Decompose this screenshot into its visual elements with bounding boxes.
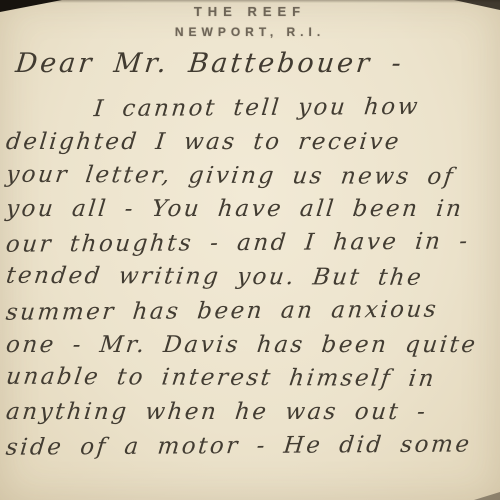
letterhead-location: NEWPORT, R.I.: [0, 25, 500, 39]
handwriting-line: our thoughts - and I have in -: [4, 225, 500, 262]
handwriting-line: side of a motor - He did some: [4, 428, 500, 465]
letterhead-name: THE REEF: [0, 4, 500, 19]
letterhead: THE REEF NEWPORT, R.I.: [0, 4, 500, 39]
handwriting-line: you all - You have all been in: [4, 193, 500, 227]
handwriting-line: your letter, giving us news of: [4, 158, 500, 194]
scan-artifact-bottom-right: [474, 492, 500, 500]
handwriting-line: unable to interest himself in: [4, 361, 500, 397]
salutation: Dear Mr. Battebouer -: [6, 48, 500, 79]
handwriting-line: tended writing you. But the: [4, 260, 500, 296]
handwriting-line: delighted I was to receive: [4, 126, 500, 160]
handwriting-line: one - Mr. Davis has been quite: [4, 329, 500, 363]
letter-page: THE REEF NEWPORT, R.I. Dear Mr. Battebou…: [0, 0, 500, 500]
handwriting-line: summer has been an anxious: [4, 293, 500, 330]
scan-shadow-top-edge: [0, 0, 500, 3]
handwriting-line: anything when he was out -: [4, 396, 500, 430]
handwriting-line: I cannot tell you how: [4, 90, 500, 127]
letter-body: I cannot tell you how delighted I was to…: [6, 92, 500, 464]
